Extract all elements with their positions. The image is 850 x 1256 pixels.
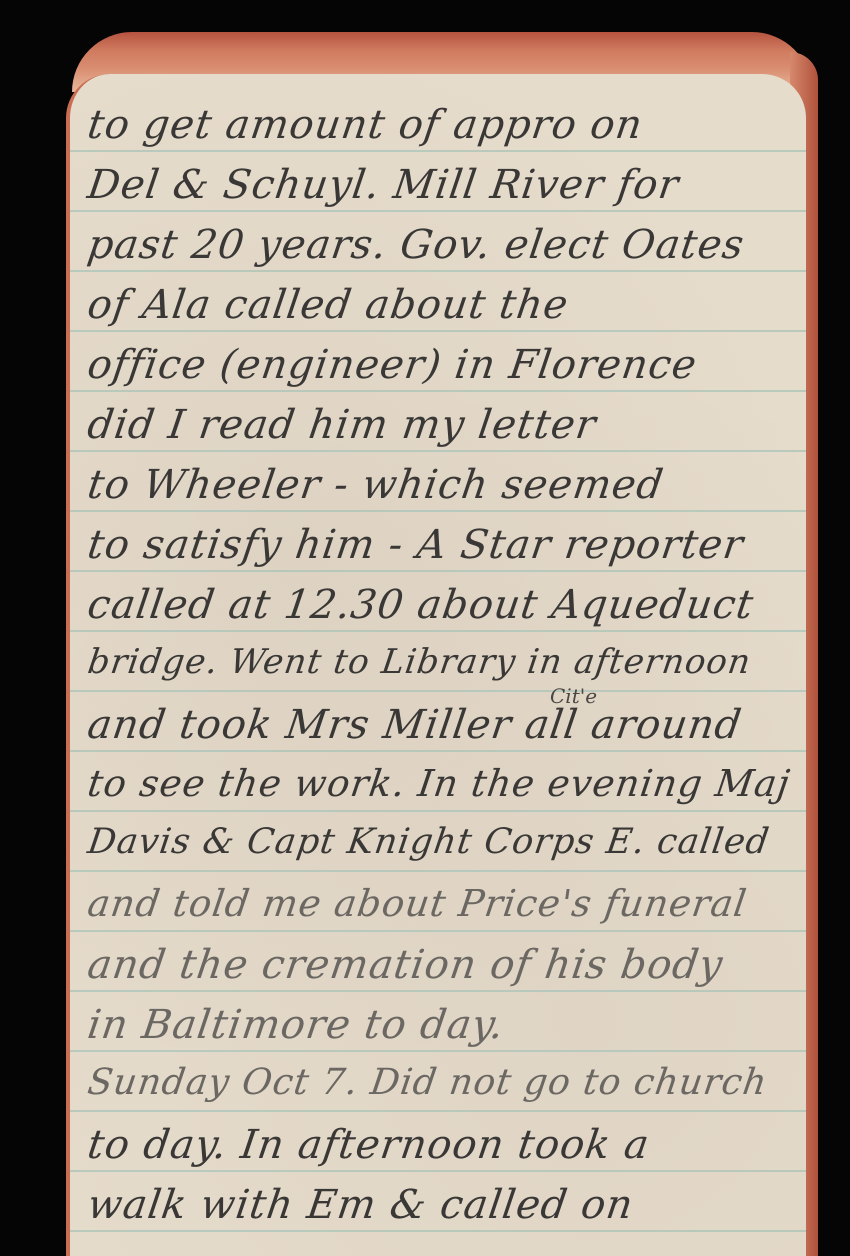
handwritten-line: and took Mrs Miller all around (85, 702, 745, 748)
handwritten-line: did I read him my letter (85, 402, 600, 448)
handwritten-line: walk with Em & called on (85, 1182, 637, 1228)
ruled-line (70, 510, 806, 512)
handwritten-line: to Wheeler - which seemed (85, 462, 667, 508)
handwritten-line: to get amount of appro on (85, 102, 646, 148)
handwritten-line: to day. In afternoon took a (85, 1122, 653, 1168)
handwritten-line: in Baltimore to day. (85, 1002, 507, 1048)
ruled-line (70, 270, 806, 272)
ruled-line (70, 450, 806, 452)
ruled-line (70, 690, 806, 692)
ruled-line (70, 1170, 806, 1172)
handwritten-line: past 20 years. Gov. elect Oates (85, 222, 748, 268)
interlinear-insertion: Cit'e (550, 684, 597, 708)
handwritten-line: bridge. Went to Library in afternoon (85, 642, 754, 682)
ruled-line (70, 210, 806, 212)
handwritten-line: to see the work. In the evening Maj (85, 762, 793, 805)
ruled-line (70, 630, 806, 632)
handwritten-line: and the cremation of his body (85, 942, 726, 988)
ruled-line (70, 570, 806, 572)
handwritten-line: of Ala called about the (85, 282, 572, 328)
ruled-line (70, 150, 806, 152)
handwritten-line: Sunday Oct 7. Did not go to church (85, 1062, 770, 1103)
handwritten-line: Davis & Capt Knight Corps E. called (85, 822, 772, 862)
ruled-line (70, 330, 806, 332)
ruled-line (70, 1110, 806, 1112)
ruled-line (70, 930, 806, 932)
ruled-line (70, 750, 806, 752)
handwritten-line: Del & Schuyl. Mill River for (85, 162, 682, 208)
ruled-line (70, 810, 806, 812)
handwritten-line: to satisfy him - A Star reporter (85, 522, 747, 568)
ruled-line (70, 390, 806, 392)
handwritten-line: and told me about Price's funeral (85, 882, 750, 925)
ruled-line (70, 1230, 806, 1232)
ruled-line (70, 870, 806, 872)
diary-page: to get amount of appro on Del & Schuyl. … (66, 74, 806, 1256)
handwritten-line: office (engineer) in Florence (85, 342, 700, 388)
handwritten-line: called at 12.30 about Aqueduct (85, 582, 757, 628)
ruled-line (70, 990, 806, 992)
ruled-line (70, 1050, 806, 1052)
